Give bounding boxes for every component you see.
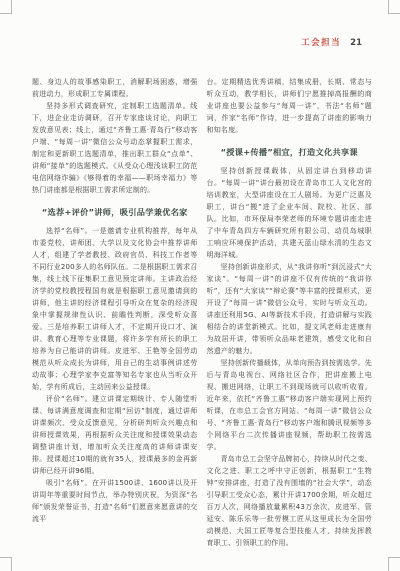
paragraph: 选荐“名师”。一是邀请专业机构推荐，每年从市委党校、讲师团、大学以及文化协会中推…	[32, 225, 198, 393]
crop-mark-top-right	[388, 0, 400, 14]
paragraph: 坚持创新授课载体，从固定讲台到移动讲台。“每周一讲”讲台最初设在青岛市工人文化宫…	[207, 165, 373, 261]
paragraph: 题、身边人的故事感染职工，消解职场困惑，增强前进动力，形成职工专属课程。	[32, 76, 198, 100]
crop-mark-bottom-right	[388, 557, 400, 571]
subheading-teaching-spreading-culture: “授课+传播”相宜，打造文化共享课	[207, 146, 373, 158]
section-label: 工会担当	[301, 36, 341, 48]
crop-mark-bottom-left	[0, 557, 12, 571]
left-column: 题、身边人的故事感染职工，消解职场困惑，增强前进动力，形成职工专属课程。 坚持多…	[32, 76, 198, 549]
paragraph: 坚持多形式调查研究，定制职工选题清单。线下，进企业走访调研，召开专家座谈讨论，向…	[32, 100, 198, 196]
paragraph: 吸引“名师”。在开讲1500讲、1600讲以及开讲周年等重要时间节点，举办特别庆…	[32, 477, 198, 525]
paragraph: 评价“名师”。建立讲课定期统计、专人随堂听课、每讲满意度调查和定期“回访”制度，…	[32, 393, 198, 477]
paragraph: 坚持创新讲座形式，从“我讲你听”到沉浸式“大家谈”。“每周一讲”的讲座不仅有传统…	[207, 261, 373, 357]
right-column: 台。定期精选优秀讲稿，结集成册，长期、常态与听众互动，教学相长，讲师们宁愿推掉高…	[207, 76, 373, 549]
paragraph: 青岛市总工会坚守品牌初心，持续从时代之变、文化之进、职工之呼中守正创新，根据职工…	[207, 453, 373, 549]
paragraph: 坚持创新传播载体，从单向预告到按需选学。先后与青岛电视台、网络社区合作，把讲座搬…	[207, 357, 373, 453]
paragraph: 台。定期精选优秀讲稿，结集成册，长期、常态与听众互动，教学相长，讲师们宁愿推掉高…	[207, 76, 373, 136]
page-number: 21	[350, 38, 362, 48]
article-columns: 题、身边人的故事感染职工，消解职场困惑，增强前进动力，形成职工专属课程。 坚持多…	[32, 76, 372, 549]
running-head: 工会担当 21	[301, 36, 362, 48]
subheading-recommend-evaluate-lecturers: “选荐+评价”讲师，吸引品学兼优名家	[32, 206, 198, 218]
crop-mark-top-left	[0, 0, 12, 14]
